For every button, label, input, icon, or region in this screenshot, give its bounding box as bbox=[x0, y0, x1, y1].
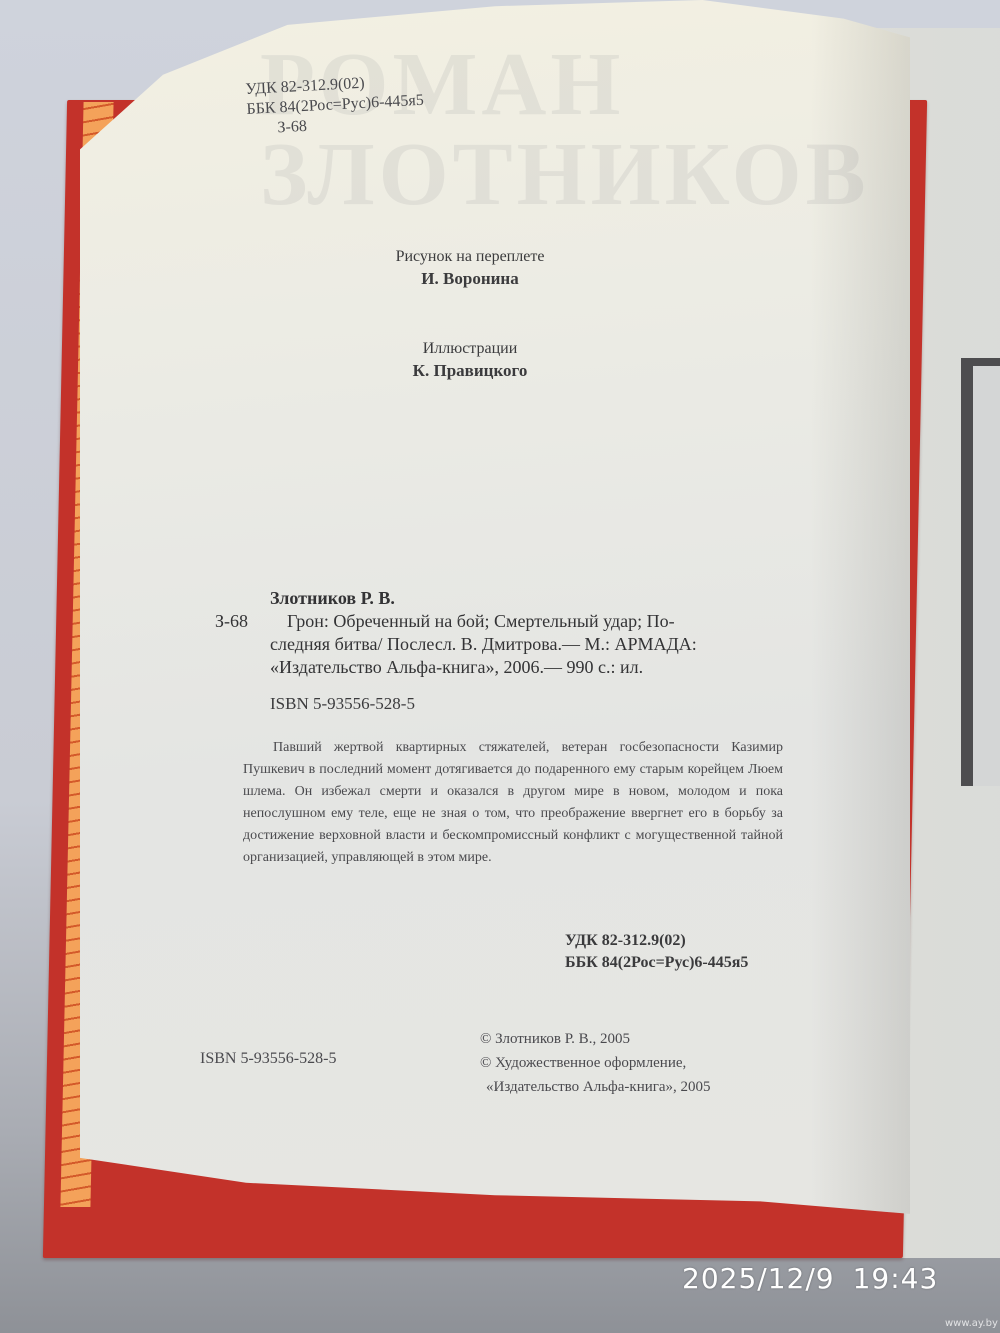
copyright-line: «Издательство Альфа-книга», 2005 bbox=[480, 1075, 711, 1099]
illustration-frame bbox=[961, 358, 1000, 786]
timestamp-date: 2025/12/9 bbox=[682, 1262, 835, 1295]
record-line: Грон: Обреченный на бой; Смертельный уда… bbox=[270, 610, 675, 633]
site-watermark: www.ay.by bbox=[945, 1318, 998, 1329]
record-line: следняя битва/ Послесл. В. Дмитрова.— М.… bbox=[215, 633, 697, 656]
copyright-line: © Злотников Р. В., 2005 bbox=[480, 1027, 711, 1051]
photo-timestamp: 2025/12/919:43 bbox=[682, 1262, 938, 1295]
illustrations-credit: Иллюстрации К. Правицкого bbox=[310, 338, 630, 382]
cover-art-credit: Рисунок на переплете И. Воронина bbox=[310, 246, 630, 290]
record-author: Злотников Р. В. bbox=[215, 587, 697, 610]
annotation-text: Павший жертвой квартирных стяжателей, ве… bbox=[243, 737, 783, 869]
credit-name: И. Воронина bbox=[310, 268, 630, 290]
record-author-code: З-68 bbox=[215, 610, 270, 633]
classification-top: УДК 82-312.9(02) ББК 84(2Рос=Рус)6-445я5… bbox=[245, 71, 425, 140]
classification-bottom: УДК 82-312.9(02) ББК 84(2Рос=Рус)6-445я5 bbox=[565, 930, 748, 974]
udk-code: УДК 82-312.9(02) bbox=[565, 930, 748, 952]
bibliographic-record: Злотников Р. В. З-68 Грон: Обреченный на… bbox=[215, 587, 697, 679]
annotation: Павший жертвой квартирных стяжателей, ве… bbox=[243, 737, 783, 869]
copyright-line: © Художественное оформление, bbox=[480, 1051, 711, 1075]
copyright-block: © Злотников Р. В., 2005 © Художественное… bbox=[480, 1027, 711, 1099]
bbk-code: ББК 84(2Рос=Рус)6-445я5 bbox=[565, 952, 748, 974]
isbn-bottom: ISBN 5-93556-528-5 bbox=[200, 1050, 336, 1068]
timestamp-time: 19:43 bbox=[853, 1262, 939, 1295]
credit-role: Иллюстрации bbox=[310, 338, 630, 360]
record-line: «Издательство Альфа-книга», 2006.— 990 с… bbox=[215, 656, 697, 679]
isbn-record: ISBN 5-93556-528-5 bbox=[270, 694, 415, 714]
credit-name: К. Правицкого bbox=[310, 360, 630, 382]
credit-role: Рисунок на переплете bbox=[310, 246, 630, 268]
